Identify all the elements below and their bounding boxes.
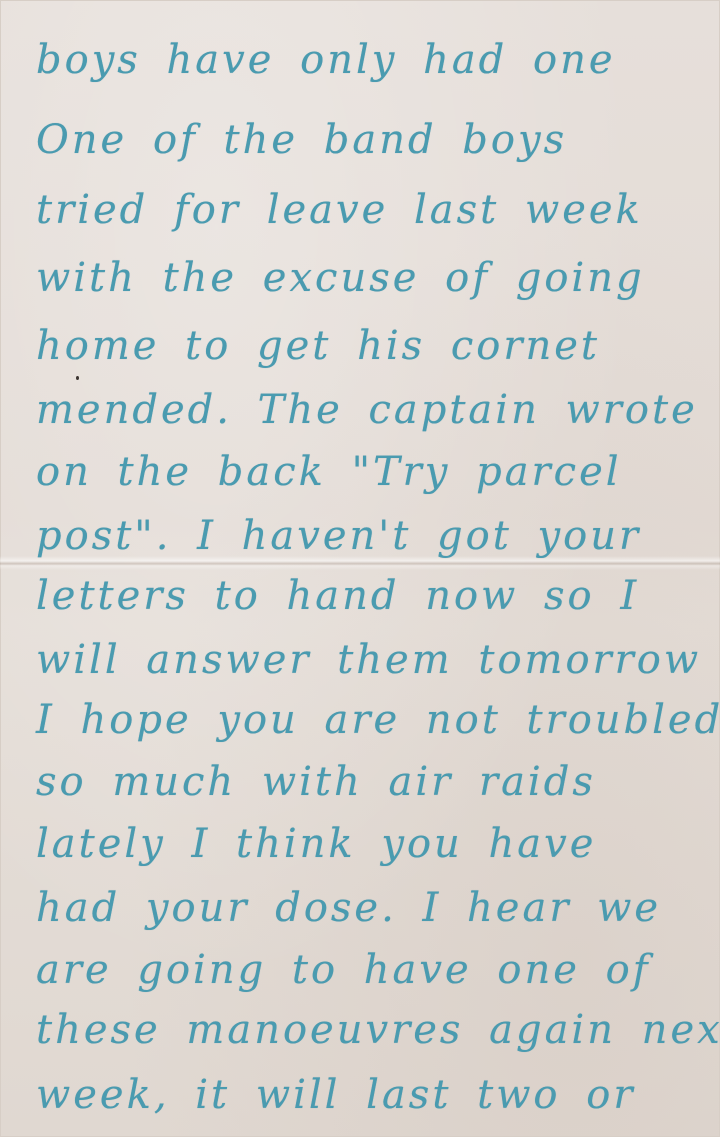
handwritten-line: post". I haven't got your [36, 516, 641, 556]
handwritten-line: lately I think you have [36, 824, 596, 864]
handwritten-text-body: boys have only had one One of the band b… [0, 0, 720, 1137]
handwritten-line: home to get his cornet [36, 326, 600, 366]
handwritten-line: these manoeuvres again next [36, 1010, 720, 1050]
handwritten-line: are going to have one of [36, 950, 651, 990]
handwritten-line: I hope you are not troubled [36, 700, 720, 740]
handwritten-line: had your dose. I hear we [36, 888, 661, 928]
handwritten-line: will answer them tomorrow [36, 640, 701, 680]
letter-page: boys have only had one One of the band b… [0, 0, 720, 1137]
handwritten-line: mended. The captain wrote [36, 390, 698, 430]
handwritten-line: One of the band boys [36, 120, 567, 160]
handwritten-line: with the excuse of going [36, 258, 645, 298]
handwritten-line: letters to hand now so I [36, 576, 639, 616]
handwritten-line: boys have only had one [36, 40, 616, 80]
handwritten-line: tried for leave last week [36, 190, 643, 230]
handwritten-line: on the back "Try parcel [36, 452, 622, 492]
handwritten-line: so much with air raids [36, 762, 596, 802]
handwritten-line: week, it will last two or [36, 1075, 635, 1115]
